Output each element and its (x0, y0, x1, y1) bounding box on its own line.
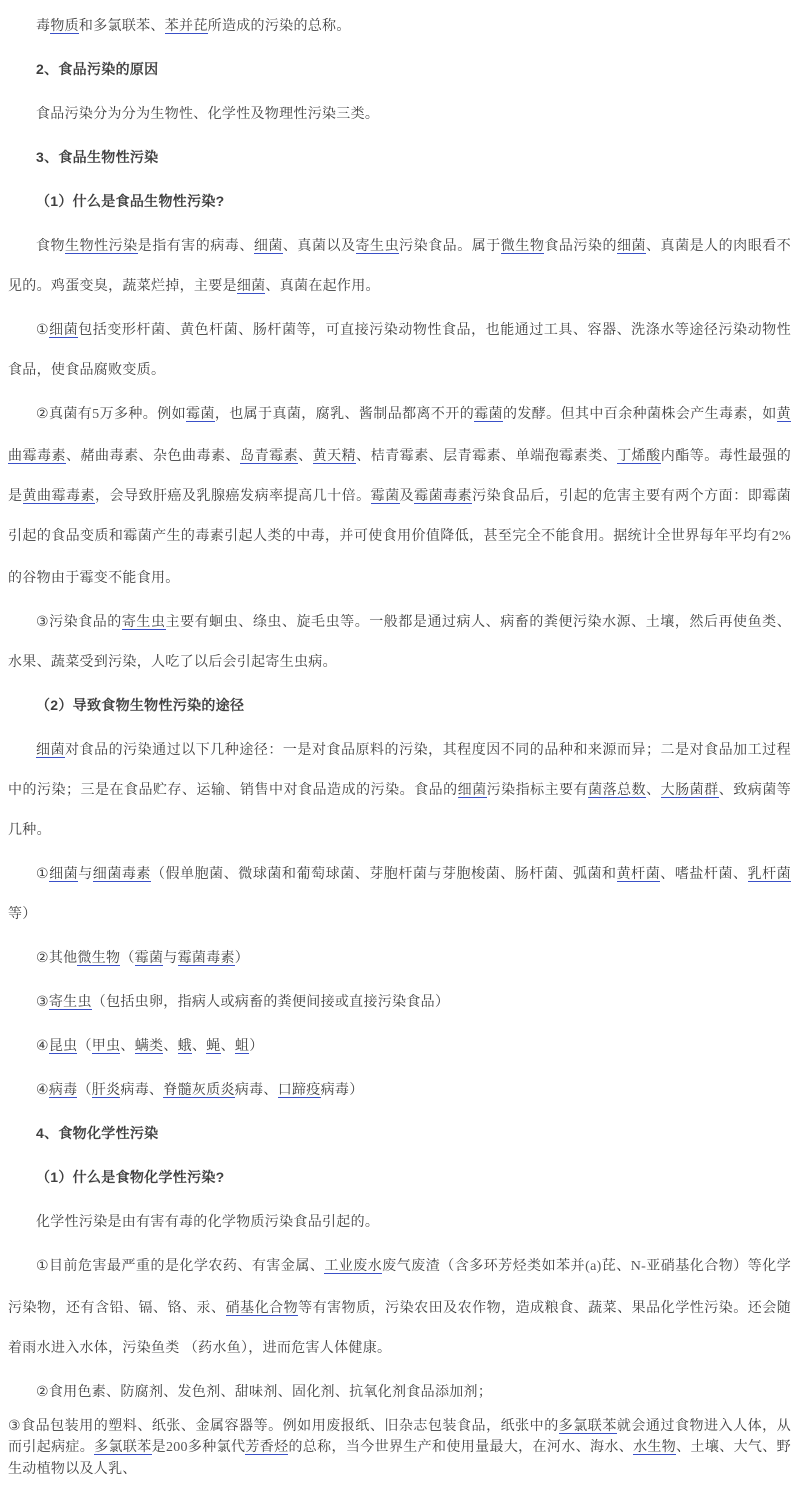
section-heading: （2）导致食物生物性污染的途径 (8, 685, 791, 725)
paragraph: ②食用色素、防腐剂、发色剂、甜味剂、固化剂、抗氧化剂食品添加剂； (8, 1371, 791, 1411)
term-link[interactable]: 脊髓灰质炎 (163, 1081, 235, 1098)
text-run: （1）什么是食品生物性污染? (36, 193, 225, 209)
text-run: 、 (646, 781, 661, 797)
term-link[interactable]: 蛾 (178, 1037, 192, 1054)
text-run: 病毒、 (235, 1081, 278, 1097)
paragraph: 食品污染分为分为生物性、化学性及物理性污染三类。 (8, 93, 791, 133)
term-link[interactable]: 生物性污染 (65, 237, 138, 254)
text-run: ① (36, 321, 49, 337)
section-heading: 2、食品污染的原因 (8, 49, 791, 89)
term-link[interactable]: 细菌 (49, 865, 78, 882)
term-link[interactable]: 黄杆菌 (617, 865, 661, 882)
term-link[interactable]: 霉菌毒素 (414, 487, 472, 504)
text-run: N- (631, 1259, 646, 1274)
term-link[interactable]: 霉菌 (186, 405, 215, 422)
term-link[interactable]: 病毒 (49, 1081, 78, 1098)
section-heading: 4、食物化学性污染 (8, 1113, 791, 1153)
paragraph: 食物生物性污染是指有害的病毒、细菌、真菌以及寄生虫污染食品。属于微生物食品污染的… (8, 225, 791, 305)
text-run: 食品污染分为分为生物性、化学性及物理性污染三类。 (36, 105, 379, 121)
text-run: 的谷物由于霉变不能食用。 (8, 569, 180, 585)
text-run: 4、食物化学性污染 (36, 1125, 159, 1141)
term-link[interactable]: 菌落总数 (588, 781, 646, 798)
term-link[interactable]: 微生物 (77, 949, 120, 966)
text-run: ③ (36, 993, 49, 1009)
term-link[interactable]: 多氯联苯 (559, 1417, 617, 1434)
text-run: 万多种。例如 (99, 405, 186, 421)
text-run: 食物 (36, 237, 65, 253)
text-run: ，也属于真菌，腐乳、酱制品都离不开的 (215, 405, 474, 421)
paragraph: ③污染食品的寄生虫主要有蛔虫、绦虫、旋毛虫等。一般都是通过病人、病畜的粪便污染水… (8, 601, 791, 681)
term-link[interactable]: 肝炎 (92, 1081, 121, 1098)
term-link[interactable]: 细菌 (237, 277, 266, 294)
paragraph: ②真菌有5万多种。例如霉菌，也属于真菌，腐乳、酱制品都离不开的霉菌的发酵。但其中… (8, 393, 791, 597)
text-run: 、嗜盐杆菌、 (660, 865, 747, 881)
text-run: （包括虫卵，指病人或病畜的粪便间接或直接污染食品） (92, 993, 450, 1009)
text-run: 200 (166, 1440, 188, 1455)
text-run: ③污染食品的 (36, 613, 122, 629)
text-run: ②其他 (36, 949, 77, 965)
text-run: 、 (163, 1037, 177, 1053)
term-link[interactable]: 工业废水 (324, 1257, 382, 1274)
paragraph: ④昆虫（甲虫、螨类、蛾、蝇、蛆） (8, 1025, 791, 1065)
text-run: （1）什么是食物化学性污染? (36, 1169, 225, 1185)
term-link[interactable]: 细菌 (458, 781, 487, 798)
term-link[interactable]: 口蹄疫 (278, 1081, 321, 1098)
term-link[interactable]: 多氯联苯 (94, 1438, 151, 1455)
term-link[interactable]: 螨类 (135, 1037, 164, 1054)
text-run: 是 (152, 1438, 166, 1454)
text-run: 废气废渣（含多环芳烃类如苯并 (382, 1257, 585, 1273)
text-run: （2）导致食物生物性污染的途径 (36, 697, 244, 713)
term-link[interactable]: 物质 (50, 17, 79, 34)
text-run: ④ (36, 1081, 49, 1097)
paragraph: 细菌对食品的污染通过以下几种途径：一是对食品原料的污染，其程度因不同的品种和来源… (8, 729, 791, 849)
text-run: 污染指标主要有 (487, 781, 589, 797)
text-run: 、 (298, 447, 313, 463)
text-run: 污染食品。属于 (399, 237, 501, 253)
text-run: 病毒） (321, 1081, 364, 1097)
section-heading: （1）什么是食物化学性污染? (8, 1157, 791, 1197)
term-link[interactable]: 霉菌毒素 (178, 949, 235, 966)
term-link[interactable]: 昆虫 (49, 1037, 78, 1054)
term-link[interactable]: 霉菌 (135, 949, 164, 966)
text-run: 毒 (36, 17, 50, 33)
term-link[interactable]: 细菌 (617, 237, 646, 254)
paragraph: ③寄生虫（包括虫卵，指病人或病畜的粪便间接或直接污染食品） (8, 981, 791, 1021)
text-run: ） (249, 1037, 263, 1053)
term-link[interactable]: 丁烯酸 (617, 447, 661, 464)
term-link[interactable]: 黄曲霉毒素 (23, 487, 96, 504)
text-run: 与 (163, 949, 177, 965)
term-link[interactable]: 细菌 (36, 741, 65, 758)
text-run: 、真菌以及 (283, 237, 356, 253)
text-run: 3、食品生物性污染 (36, 149, 159, 165)
section-heading: 3、食品生物性污染 (8, 137, 791, 177)
text-run: 2% (772, 529, 791, 544)
term-link[interactable]: 霉菌 (474, 405, 503, 422)
paragraph: 化学性污染是由有害有毒的化学物质污染食品引起的。 (8, 1201, 791, 1241)
text-run: ①目前危害最严重的是化学农药、有害金属、 (36, 1257, 324, 1273)
text-run: ③食品包装用的塑料、纸张、金属容器等。例如用废报纸、旧杂志包装食品，纸张中的 (8, 1417, 559, 1433)
term-link[interactable]: 岛青霉素 (240, 447, 298, 464)
text-run: （ (120, 949, 134, 965)
term-link[interactable]: 细菌 (49, 321, 78, 338)
term-link[interactable]: 霉菌 (371, 487, 400, 504)
text-run: 2、食品污染的原因 (36, 61, 159, 77)
term-link[interactable]: 硝基化合物 (226, 1299, 299, 1316)
paragraph: ①目前危害最严重的是化学农药、有害金属、工业废水废气废渣（含多环芳烃类如苯并(a… (8, 1245, 791, 1367)
text-run: 、 (221, 1037, 235, 1053)
section-heading: （1）什么是食品生物性污染? (8, 181, 791, 221)
term-link[interactable]: 芳香烃 (245, 1438, 288, 1455)
text-run: ① (36, 865, 49, 881)
text-run: 等） (8, 905, 37, 921)
text-run: 及 (400, 487, 415, 503)
text-run: （假单胞菌、微球菌和葡萄球菌、芽胞杆菌与芽胞梭菌、肠杆菌、弧菌和 (151, 865, 617, 881)
term-link[interactable]: 细菌毒素 (93, 865, 151, 882)
text-run: 和多氯联苯、 (79, 17, 165, 33)
text-run: 食品污染的 (544, 237, 617, 253)
term-link[interactable]: 乳杆菌 (748, 865, 791, 882)
paragraph: ④病毒（肝炎病毒、脊髓灰质炎病毒、口蹄疫病毒） (8, 1069, 791, 1109)
term-link[interactable]: 蛆 (235, 1037, 249, 1054)
paragraph: 毒物质和多氯联苯、苯并芘所造成的污染的总称。 (8, 5, 791, 45)
text-run: 所造成的污染的总称。 (208, 17, 351, 33)
text-run: 、桔青霉素、层青霉素、单端孢霉素类、 (356, 447, 617, 463)
term-link[interactable]: 寄生虫 (49, 993, 92, 1010)
term-link[interactable]: 苯并芘 (165, 17, 208, 34)
paragraph: ②其他微生物（霉菌与霉菌毒素） (8, 937, 791, 977)
text-run: 、 (120, 1037, 134, 1053)
text-run: 的发酵。但其中百余种菌株会产生毒素，如 (503, 405, 777, 421)
text-run: （ (77, 1037, 91, 1053)
term-link[interactable]: 寄生虫 (356, 237, 400, 254)
paragraph: ①细菌包括变形杆菌、黄色杆菌、肠杆菌等，可直接污染动物性食品，也能通过工具、容器… (8, 309, 791, 389)
document-body: 毒物质和多氯联苯、苯并芘所造成的污染的总称。2、食品污染的原因食品污染分为分为生… (0, 0, 799, 1493)
text-run: ②真菌有 (36, 405, 92, 421)
text-run: ） (235, 949, 249, 965)
text-run: 是指有害的病毒、 (138, 237, 254, 253)
text-run: 与 (78, 865, 93, 881)
text-run: 、真菌在起作用。 (265, 277, 379, 293)
paragraph: ③食品包装用的塑料、纸张、金属容器等。例如用废报纸、旧杂志包装食品，纸张中的多氯… (8, 1415, 791, 1479)
text-run: 包括变形杆菌、黄色杆菌、肠杆菌等，可直接污染动物性食品，也能通过工具、容器、洗涤… (8, 321, 791, 377)
term-link[interactable]: 寄生虫 (122, 613, 166, 630)
text-run: （ (77, 1081, 91, 1097)
text-run: 化学性污染是由有害有毒的化学物质污染食品引起的。 (36, 1213, 379, 1229)
term-link[interactable]: 甲虫 (92, 1037, 121, 1054)
text-run: ④ (36, 1037, 49, 1053)
paragraph: ①细菌与细菌毒素（假单胞菌、微球菌和葡萄球菌、芽胞杆菌与芽胞梭菌、肠杆菌、弧菌和… (8, 853, 791, 933)
text-run: 多种氯代 (188, 1438, 246, 1454)
text-run: 芘、 (602, 1257, 631, 1273)
term-link[interactable]: 大肠菌群 (661, 781, 719, 798)
text-run: ②食用色素、防腐剂、发色剂、甜味剂、固化剂、抗氧化剂食品添加剂； (36, 1383, 492, 1399)
text-run: 、赭曲毒素、杂色曲毒素、 (66, 447, 240, 463)
text-run: ，会导致肝癌及乳腺癌发病率提高几十倍。 (95, 487, 371, 503)
text-run: 病毒、 (120, 1081, 163, 1097)
text-run: 的总称，当今世界生产和使用量最大，在河水、海水、 (288, 1438, 633, 1454)
term-link[interactable]: 微生物 (501, 237, 545, 254)
text-run: (a) (585, 1259, 601, 1274)
term-link[interactable]: 蝇 (206, 1037, 220, 1054)
term-link[interactable]: 水生物 (633, 1438, 676, 1455)
term-link[interactable]: 细菌 (254, 237, 283, 254)
text-run: 、 (192, 1037, 206, 1053)
term-link[interactable]: 黄天精 (313, 447, 357, 464)
